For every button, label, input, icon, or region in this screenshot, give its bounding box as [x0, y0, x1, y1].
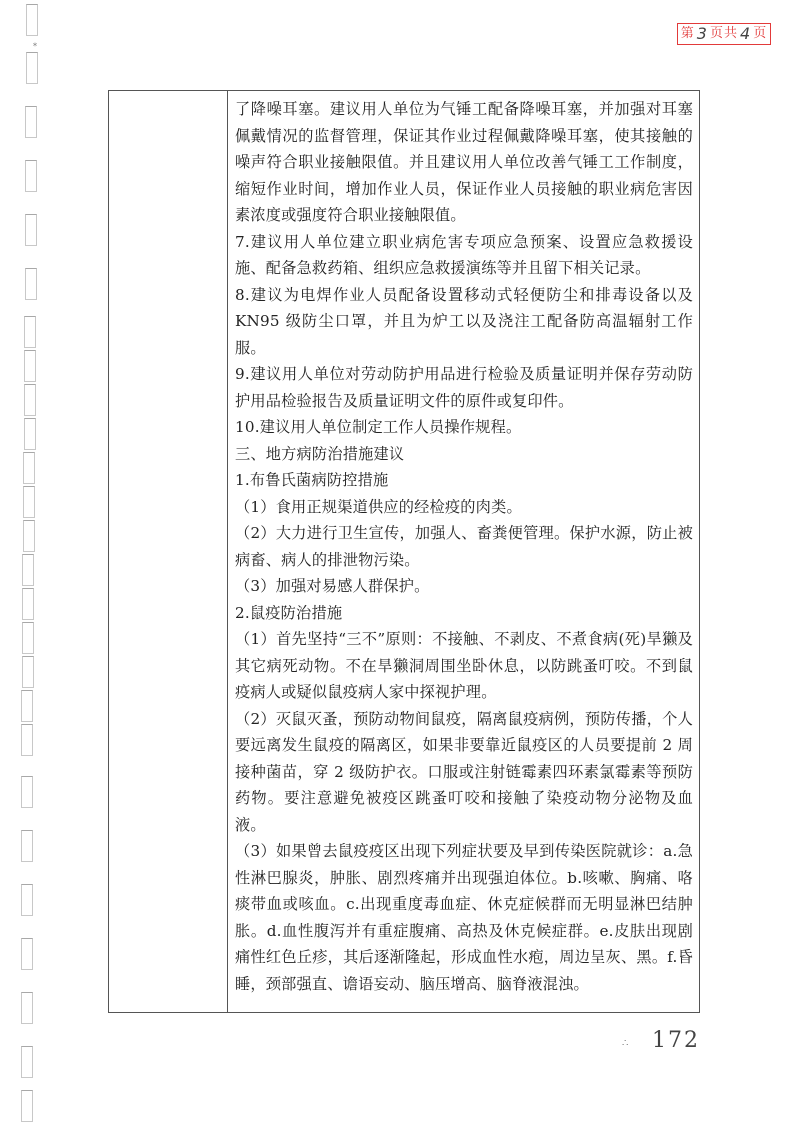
paragraph-item-8: 8.建议为电焊作业人员配备设置移动式轻便防尘和排毒设备以及 KN95 级防尘口罩… — [235, 282, 693, 362]
margin-mark: * — [33, 42, 37, 51]
binding-hole — [26, 4, 38, 36]
stamp-suffix: 页 — [753, 23, 767, 45]
binding-hole — [21, 938, 33, 970]
binding-hole — [25, 268, 37, 300]
plague-item-2: （2）灭鼠灭蚤，预防动物间鼠疫，隔离鼠疫病例，预防传播，个人要远离发生鼠疫的隔离… — [235, 706, 693, 839]
binding-hole — [25, 106, 37, 138]
binding-hole — [21, 776, 33, 808]
binding-hole — [21, 992, 33, 1024]
table-right-cell: 了降噪耳塞。建议用人单位为气锤工配备降噪耳塞，并加强对耳塞佩戴情况的监督管理，保… — [228, 91, 699, 1012]
binding-hole — [21, 884, 33, 916]
page-count-stamp: 第 3 页共 4 页 — [677, 23, 771, 45]
binding-hole — [25, 160, 37, 192]
section-heading-endemic: 三、地方病防治措施建议 — [235, 441, 693, 468]
page-number: 172 — [652, 1028, 700, 1053]
stamp-page-handwritten: 3 — [697, 23, 708, 45]
binding-hole — [21, 1090, 33, 1122]
binding-hole — [22, 656, 34, 688]
brucellosis-item-1: （1）食用正规渠道供应的经检疫的肉类。 — [235, 494, 693, 521]
plague-item-3: （3）如果曾去鼠疫疫区出现下列症状要及早到传染医院就诊：a.急性淋巴腺炎，肿胀、… — [235, 838, 693, 997]
recommendations-table: 了降噪耳塞。建议用人单位为气锤工配备降噪耳塞，并加强对耳塞佩戴情况的监督管理，保… — [108, 90, 700, 1013]
stamp-total-handwritten: 4 — [740, 23, 751, 45]
binding-holes — [0, 0, 60, 1122]
binding-hole — [23, 520, 35, 552]
brucellosis-item-3: （3）加强对易感人群保护。 — [235, 573, 693, 600]
binding-hole — [24, 418, 36, 450]
binding-hole — [21, 830, 33, 862]
binding-hole — [21, 1046, 33, 1078]
brucellosis-item-2: （2）大力进行卫生宣传，加强人、畜粪便管理。保护水源，防止被病畜、病人的排泄物污… — [235, 520, 693, 573]
plague-item-1: （1）首先坚持“三不”原则：不接触、不剥皮、不煮食病(死)旱獭及其它病死动物。不… — [235, 626, 693, 706]
stamp-middle: 页共 — [710, 23, 738, 45]
binding-hole — [22, 554, 34, 586]
binding-hole — [26, 52, 38, 84]
binding-hole — [23, 452, 35, 484]
binding-hole — [24, 384, 36, 416]
binding-hole — [21, 724, 33, 756]
binding-hole — [22, 588, 34, 620]
paragraph-item-10: 10.建议用人单位制定工作人员操作规程。 — [235, 414, 693, 441]
binding-hole — [24, 350, 36, 382]
subheading-plague: 2.鼠疫防治措施 — [235, 600, 693, 627]
stamp-prefix: 第 — [681, 23, 695, 45]
paragraph-item-7: 7.建议用人单位建立职业病危害专项应急预案、设置应急救援设施、配备急救药箱、组织… — [235, 229, 693, 282]
paragraph-item-9: 9.建议用人单位对劳动防护用品进行检验及质量证明并保存劳动防护用品检验报告及质量… — [235, 361, 693, 414]
binding-hole — [23, 486, 35, 518]
paragraph-noise-earplugs: 了降噪耳塞。建议用人单位为气锤工配备降噪耳塞，并加强对耳塞佩戴情况的监督管理，保… — [235, 96, 693, 229]
binding-hole — [25, 214, 37, 246]
footer-marks: ∴ — [622, 1038, 628, 1049]
table-left-cell — [109, 91, 228, 1012]
binding-hole — [24, 316, 36, 348]
binding-hole — [22, 622, 34, 654]
binding-hole — [21, 690, 33, 722]
subheading-brucellosis: 1.布鲁氏菌病防控措施 — [235, 467, 693, 494]
